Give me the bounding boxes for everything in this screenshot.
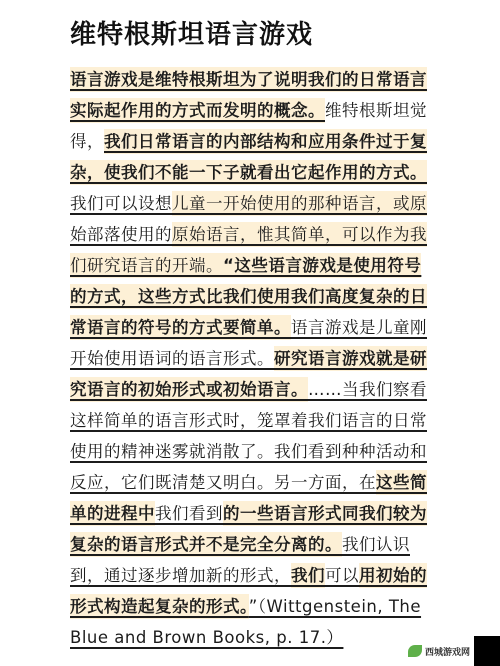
text-segment: 到，通过逐步增加新的形式， xyxy=(70,563,291,588)
text-line: 复杂的语言形式并不是完全分离的。我们认识 xyxy=(70,529,430,560)
text-segment: 得， xyxy=(70,129,104,154)
text-line: 使用的精神迷雾就消散了。我们看到种种活动和 xyxy=(70,436,430,467)
text-segment: 我们 xyxy=(291,563,325,588)
text-segment: 这样简单的语言形式时，笼罩着我们语言的日常 xyxy=(70,408,427,433)
text-line: 杂，使我们不能一下子就看出它起作用的方式。 xyxy=(70,157,430,188)
watermark-bar xyxy=(474,636,500,666)
text-line: 开始使用语词的语言形式。研究语言游戏就是研 xyxy=(70,343,430,374)
text-line: Blue and Brown Books, p. 17.） xyxy=(70,622,430,653)
text-segment: 维特根斯坦觉 xyxy=(325,98,427,123)
text-segment: “这些语言游戏是使用符号 xyxy=(223,253,421,278)
page-title: 维特根斯坦语言游戏 xyxy=(70,14,313,51)
text-segment: 这些简 xyxy=(376,470,427,495)
quote-body: 语言游戏是维特根斯坦为了说明我们的日常语言实际起作用的方式而发明的概念。维特根斯… xyxy=(70,64,430,653)
text-segment: 形式构造起复杂的形式。 xyxy=(70,594,249,619)
watermark: 西城游戏网 xyxy=(404,636,500,666)
text-segment: 使用的精神迷雾就消散了。我们看到种种活动和 xyxy=(70,439,427,464)
text-segment: ……当我们察看 xyxy=(308,377,427,402)
text-segment: 我们看到 xyxy=(155,501,223,526)
text-segment: 复杂的语言形式并不是完全分离的。 xyxy=(70,532,342,557)
text-line: 到，通过逐步增加新的形式，我们可以用初始的 xyxy=(70,560,430,591)
text-line: 单的进程中我们看到的一些语言形式同我们较为 xyxy=(70,498,430,529)
text-segment: 实际起作用的方式而发明的概念。 xyxy=(70,98,325,123)
text-line: 始部落使用的原始语言，惟其简单，可以作为我 xyxy=(70,219,430,250)
text-line: 这样简单的语言形式时，笼罩着我们语言的日常 xyxy=(70,405,430,436)
text-segment: 我们认识 xyxy=(342,532,410,557)
watermark-text: 西城游戏网 xyxy=(425,645,470,658)
text-line: 究语言的初始形式或初始语言。……当我们察看 xyxy=(70,374,430,405)
leaf-logo-icon xyxy=(408,645,422,657)
text-line: 得，我们日常语言的内部结构和应用条件过于复 xyxy=(70,126,430,157)
text-line: 我们可以设想儿童一开始使用的那种语言，或原 xyxy=(70,188,430,219)
watermark-badge: 西城游戏网 xyxy=(404,638,474,664)
text-segment: 语言游戏是维特根斯坦为了说明我们的日常语言 xyxy=(70,67,427,92)
text-segment: 儿童一开始使用的那种语言，或原 xyxy=(172,191,427,216)
text-segment: 单的进程中 xyxy=(70,501,155,526)
text-segment: 们研究语言的开端。 xyxy=(70,253,223,278)
text-segment: 常语言的符号的方式要简单。 xyxy=(70,315,291,340)
text-segment: 杂，使我们不能一下子就看出它起作用的方式。 xyxy=(70,160,427,185)
text-segment: 的一些语言形式同我们较为 xyxy=(223,501,427,526)
text-segment: 的方式，这些方式比我们使用我们高度复杂的日 xyxy=(70,284,427,309)
text-segment: 开始使用语词的语言形式。 xyxy=(70,346,274,371)
text-line: 语言游戏是维特根斯坦为了说明我们的日常语言 xyxy=(70,64,430,95)
text-segment: 研究语言游戏就是研 xyxy=(274,346,427,371)
text-segment: 用初始的 xyxy=(359,563,427,588)
text-line: 实际起作用的方式而发明的概念。维特根斯坦觉 xyxy=(70,95,430,126)
text-line: 们研究语言的开端。“这些语言游戏是使用符号 xyxy=(70,250,430,281)
text-segment: Blue and Brown Books, p. 17.） xyxy=(70,625,343,650)
text-segment: 我们可以设想 xyxy=(70,191,172,216)
text-line: 形式构造起复杂的形式。”（Wittgenstein, The xyxy=(70,591,430,622)
text-segment: 原始语言，惟其简单，可以作为我 xyxy=(172,222,427,247)
text-line: 常语言的符号的方式要简单。语言游戏是儿童刚 xyxy=(70,312,430,343)
text-line: 的方式，这些方式比我们使用我们高度复杂的日 xyxy=(70,281,430,312)
text-line: 反应，它们既清楚又明白。另一方面，在这些简 xyxy=(70,467,430,498)
text-segment: 始部落使用的 xyxy=(70,222,172,247)
text-segment: 可以 xyxy=(325,563,359,588)
text-segment: 反应，它们既清楚又明白。另一方面，在 xyxy=(70,470,376,495)
text-segment: 究语言的初始形式或初始语言。 xyxy=(70,377,308,402)
text-segment: 语言游戏是儿童刚 xyxy=(291,315,427,340)
text-segment: 我们日常语言的内部结构和应用条件过于复 xyxy=(104,129,427,154)
text-segment: ”（Wittgenstein, The xyxy=(249,594,421,619)
